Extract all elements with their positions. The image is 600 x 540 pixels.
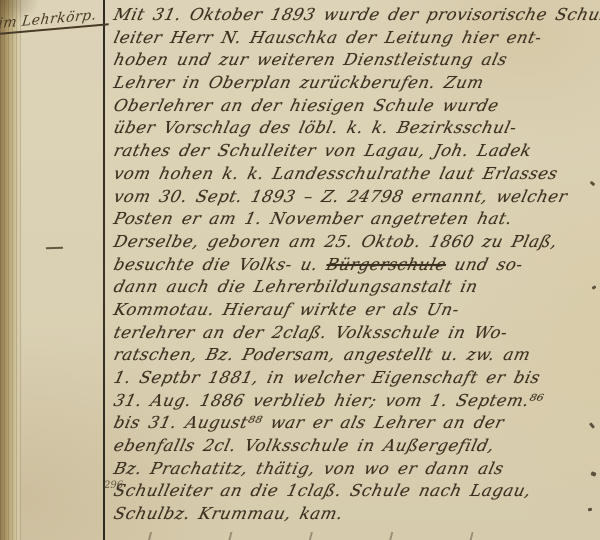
text-line: Oberlehrer an der hiesigen Schule wurde bbox=[112, 96, 596, 119]
manuscript-page: im Lehrkörp. 296 Mit 31. Oktober 1893 wu… bbox=[0, 0, 600, 540]
text-line: Lehrer in Oberplan zurückberufen. Zum bbox=[112, 73, 596, 96]
text-line: Kommotau. Hierauf wirkte er als Un- bbox=[112, 300, 596, 323]
text-line: Schulbz. Krummau, kam. bbox=[112, 504, 596, 527]
text-line: Mit 31. Oktober 1893 wurde der provisori… bbox=[112, 5, 596, 28]
binding-edge bbox=[0, 0, 22, 540]
margin-dash bbox=[46, 247, 63, 250]
handwritten-text-block: Mit 31. Oktober 1893 wurde der provisori… bbox=[112, 5, 596, 527]
text-line: ebenfalls 2cl. Volksschule in Außergefil… bbox=[112, 436, 596, 459]
text-line: vom hohen k. k. Landesschulrathe laut Er… bbox=[112, 164, 596, 187]
text-line: hoben und zur weiteren Dienstleistung al… bbox=[112, 50, 596, 73]
text-line: rathes der Schulleiter von Lagau, Joh. L… bbox=[112, 141, 596, 164]
text-line: 1. Septbr 1881, in welcher Eigenschaft e… bbox=[112, 368, 596, 391]
text-line: Posten er am 1. November angetreten hat. bbox=[112, 209, 596, 232]
text-line: bis 31. August⁸⁸ war er als Lehrer an de… bbox=[112, 413, 596, 436]
margin-rule-line bbox=[103, 0, 105, 540]
text-line: terlehrer an der 2claß. Volksschule in W… bbox=[112, 323, 596, 346]
text-line: besuchte die Volks- u. Bürgerschule und … bbox=[112, 255, 596, 278]
text-line: über Vorschlag des löbl. k. k. Bezirkssc… bbox=[112, 118, 596, 141]
text-line: leiter Herr N. Hauschka der Leitung hier… bbox=[112, 28, 596, 51]
text-line: Bz. Prachatitz, thätig, von wo er dann a… bbox=[112, 459, 596, 482]
text-line: ratschen, Bz. Podersam, angestellt u. zw… bbox=[112, 345, 596, 368]
text-line: Derselbe, geboren am 25. Oktob. 1860 zu … bbox=[112, 232, 596, 255]
text-line: vom 30. Sept. 1893 – Z. 24798 ernannt, w… bbox=[112, 187, 596, 210]
text-line: Schulleiter an die 1claß. Schule nach La… bbox=[112, 481, 596, 504]
text-line: 31. Aug. 1886 verblieb hier; vom 1. Sept… bbox=[112, 391, 596, 414]
text-line: dann auch die Lehrerbildungsanstalt in bbox=[112, 277, 596, 300]
next-line-stroke-remnants bbox=[115, 532, 535, 540]
struck-word: Bürgerschule bbox=[324, 255, 448, 274]
